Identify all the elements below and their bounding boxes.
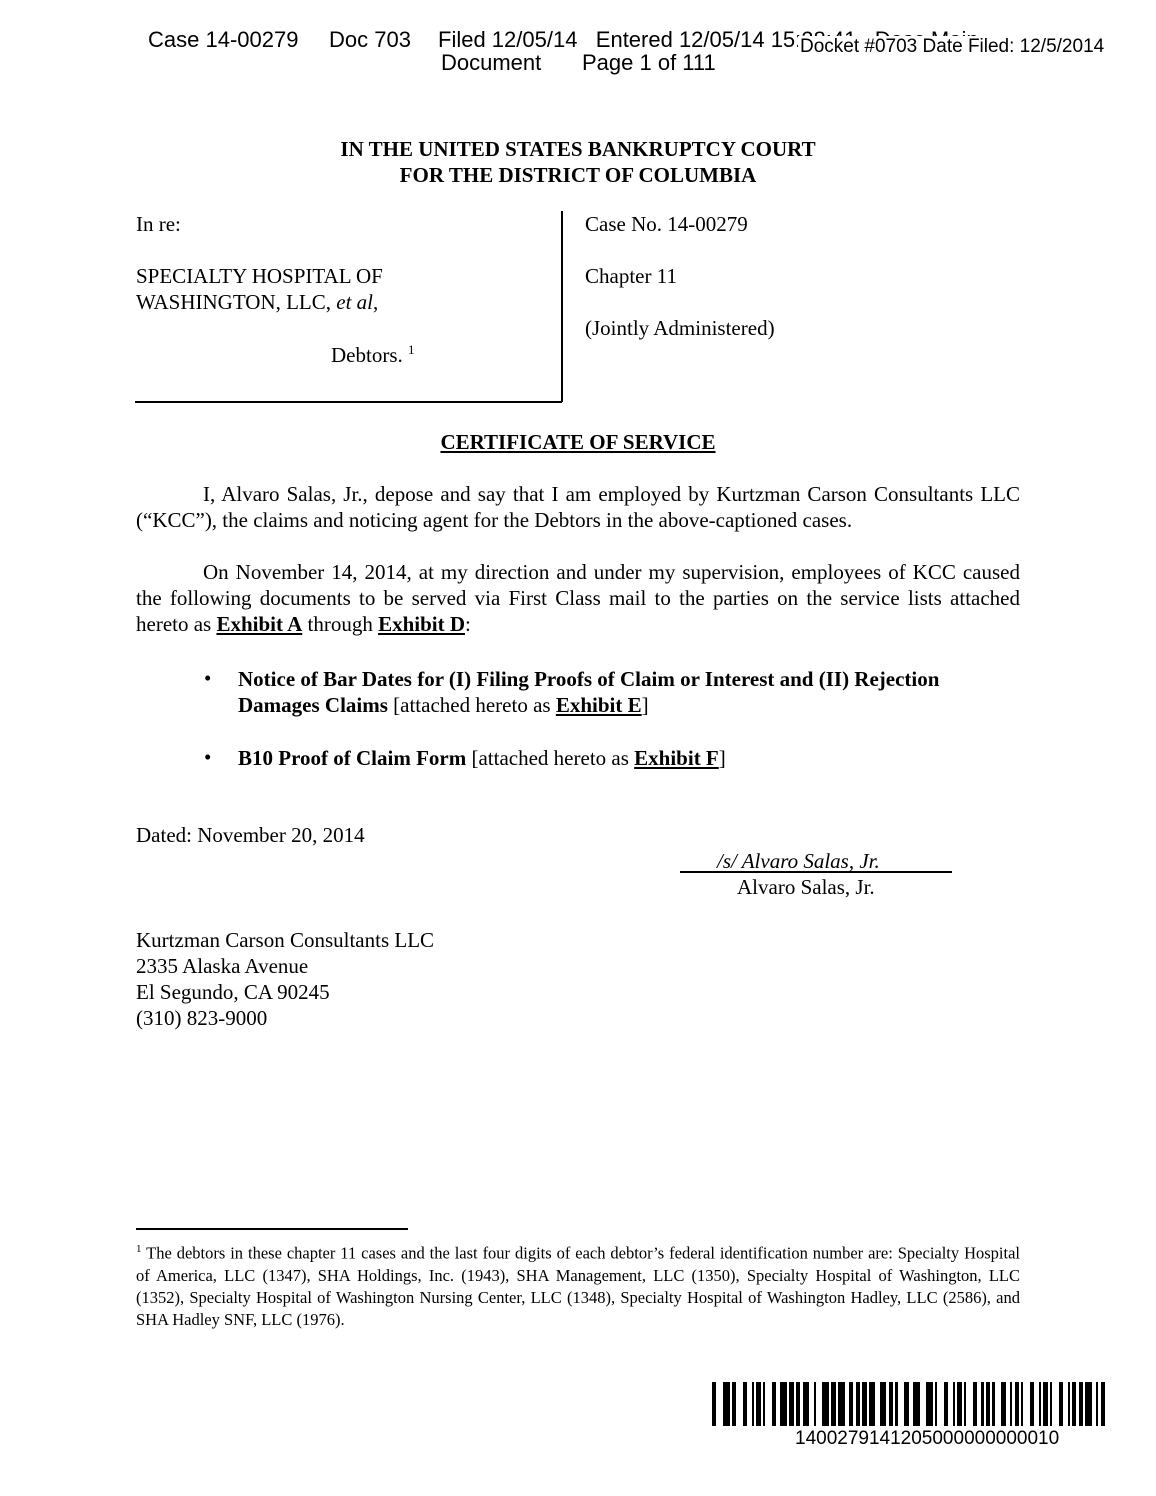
court-name-line1: IN THE UNITED STATES BANKRUPTCY COURT [0, 137, 1156, 162]
debtor-name-line2: WASHINGTON, LLC, et al, [136, 290, 378, 315]
dated-line: Dated: November 20, 2014 [136, 823, 365, 848]
address-city: El Segundo, CA 90245 [136, 980, 330, 1005]
case-number: Case No. 14-00279 [585, 212, 748, 237]
exhibit-f-ref: Exhibit F [634, 746, 719, 770]
chapter: Chapter 11 [585, 264, 677, 289]
signatory-name: Alvaro Salas, Jr. [737, 875, 875, 900]
stamp-document: Document [441, 50, 541, 76]
stamp-page: Page 1 of 111 [582, 50, 716, 76]
bullet-icon: • [204, 745, 211, 770]
barcode-number: 1400279141205000000000010 [795, 1428, 1059, 1450]
jointly-administered: (Jointly Administered) [585, 316, 775, 341]
footnote-ref: 1 [408, 342, 415, 357]
exhibit-a-ref: Exhibit A [216, 612, 302, 636]
document-title: CERTIFICATE OF SERVICE [0, 430, 1156, 455]
served-document-1: Notice of Bar Dates for (I) Filing Proof… [238, 666, 1008, 718]
exhibit-e-ref: Exhibit E [556, 693, 642, 717]
caption-divider-vertical [561, 211, 563, 402]
paragraph-service: On November 14, 2014, at my direction an… [136, 559, 1020, 637]
court-name-line2: FOR THE DISTRICT OF COLUMBIA [0, 163, 1156, 188]
debtors-label: Debtors. 1 [331, 342, 415, 368]
paragraph-employment: I, Alvaro Salas, Jr., depose and say tha… [136, 481, 1020, 533]
footnote-separator [136, 1228, 408, 1230]
served-document-2: B10 Proof of Claim Form [attached hereto… [238, 745, 1008, 771]
stamp-doc-number: Doc 703 [329, 27, 411, 53]
barcode [712, 1382, 1108, 1426]
address-street: 2335 Alaska Avenue [136, 954, 308, 979]
caption-divider-horizontal [135, 401, 562, 403]
docket-stamp: Docket #0703 Date Filed: 12/5/2014 [798, 36, 1106, 58]
footnote: 1 The debtors in these chapter 11 cases … [136, 1238, 1020, 1331]
in-re-label: In re: [136, 212, 181, 237]
bullet-icon: • [204, 666, 211, 691]
signature-line [680, 871, 952, 873]
exhibit-d-ref: Exhibit D [378, 612, 465, 636]
address-company: Kurtzman Carson Consultants LLC [136, 928, 434, 953]
debtor-name-line1: SPECIALTY HOSPITAL OF [136, 264, 383, 289]
address-phone: (310) 823-9000 [136, 1006, 267, 1031]
stamp-case-number: Case 14-00279 [148, 27, 298, 53]
